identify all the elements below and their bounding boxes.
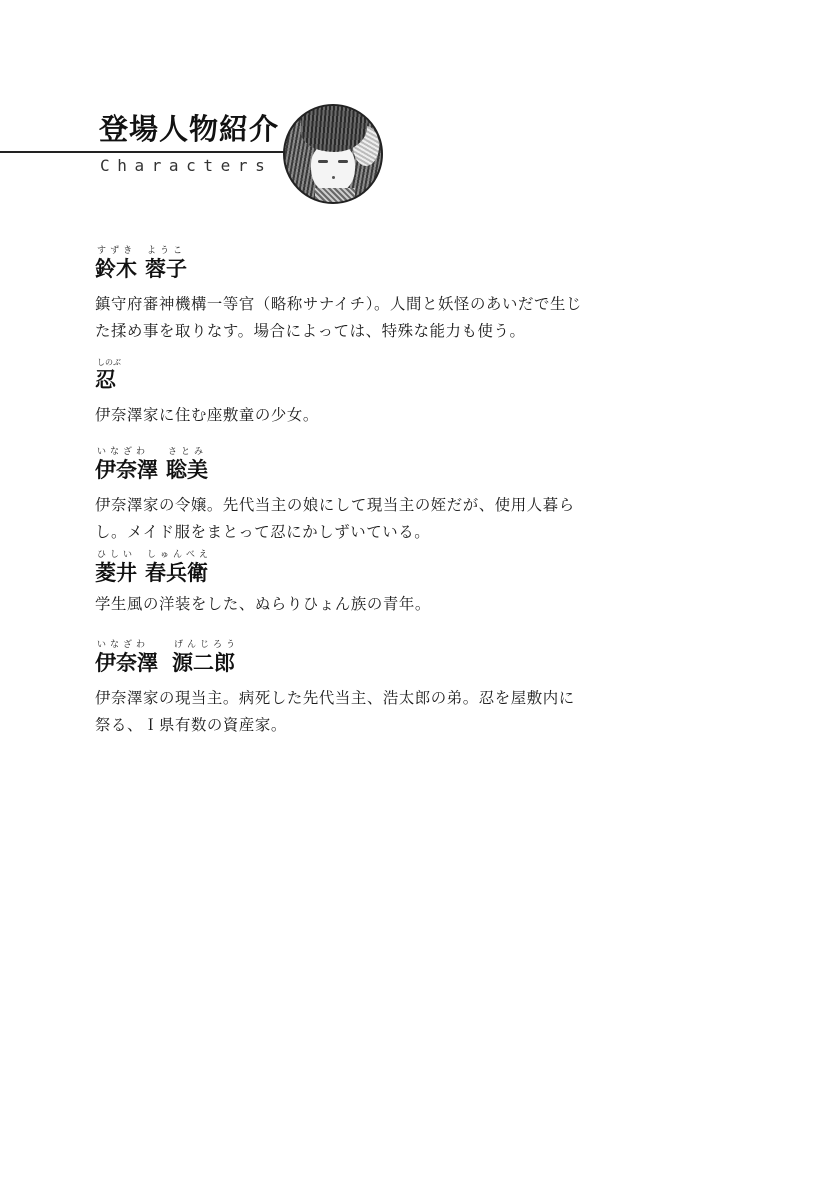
surname: すずき 鈴木 [95, 246, 137, 281]
name-kanji: 聡美 [166, 458, 208, 482]
given-name: ようこ 蓉子 [145, 246, 187, 281]
name-kanji: 伊奈澤 [95, 651, 158, 675]
page-subtitle: Characters [100, 156, 272, 176]
name-kanji: 菱井 [95, 561, 137, 585]
character-portrait-image [283, 104, 383, 204]
given-name: しのぶ 忍 [95, 357, 121, 392]
character-entry-hishii-shunbee: ひしい 菱井 しゅんべえ 春兵衛 学生風の洋装をした、ぬらりひょん族の青年。 [95, 550, 595, 618]
character-entry-shinobu: しのぶ 忍 伊奈澤家に住む座敷童の少女。 [95, 357, 595, 429]
name-kanji: 伊奈澤 [95, 458, 158, 482]
character-description: 伊奈澤家の現当主。病死した先代当主、浩太郎の弟。忍を屋敷内に 祭る、Ｉ県有数の資… [95, 685, 590, 739]
character-entry-inazawa-genjiro: いなざわ 伊奈澤 げんじろう 源二郎 伊奈澤家の現当主。病死した先代当主、浩太郎… [95, 640, 595, 739]
character-description: 伊奈澤家の令嬢。先代当主の娘にして現当主の姪だが、使用人暮ら し。メイド服をまと… [95, 492, 590, 546]
character-description: 鎮守府審神機構一等官（略称サナイチ）。人間と妖怪のあいだで生じ た揉め事を取りな… [95, 291, 590, 345]
page-title: 登場人物紹介 [99, 112, 279, 146]
given-name: しゅんべえ 春兵衛 [145, 550, 212, 585]
portrait-mouth [332, 176, 335, 179]
description-line: た揉め事を取りなす。場合によっては、特殊な能力も使う。 [95, 318, 590, 345]
character-name: ひしい 菱井 しゅんべえ 春兵衛 [95, 550, 595, 585]
description-line: し。メイド服をまとって忍にかしずいている。 [95, 519, 590, 546]
character-name: しのぶ 忍 [95, 357, 595, 392]
name-kanji: 蓉子 [145, 257, 187, 281]
portrait-eye-left [318, 160, 328, 163]
surname: ひしい 菱井 [95, 550, 137, 585]
description-line: 学生風の洋装をした、ぬらりひょん族の青年。 [95, 591, 590, 618]
description-line: 伊奈澤家に住む座敷童の少女。 [95, 402, 590, 429]
name-kanji: 春兵衛 [145, 561, 208, 585]
portrait-collar [315, 188, 355, 204]
name-kanji: 鈴木 [95, 257, 137, 281]
description-line: 祭る、Ｉ県有数の資産家。 [95, 712, 590, 739]
description-line: 鎮守府審神機構一等官（略称サナイチ）。人間と妖怪のあいだで生じ [95, 291, 590, 318]
portrait-eye-right [338, 160, 348, 163]
character-entry-inazawa-satomi: いなざわ 伊奈澤 さとみ 聡美 伊奈澤家の令嬢。先代当主の娘にして現当主の姪だが… [95, 447, 595, 546]
character-name: いなざわ 伊奈澤 げんじろう 源二郎 [95, 640, 595, 675]
title-divider [0, 151, 288, 153]
surname: いなざわ 伊奈澤 [95, 640, 158, 675]
surname: いなざわ 伊奈澤 [95, 447, 158, 482]
character-name: すずき 鈴木 ようこ 蓉子 [95, 246, 595, 281]
character-description: 学生風の洋装をした、ぬらりひょん族の青年。 [95, 591, 590, 618]
character-name: いなざわ 伊奈澤 さとみ 聡美 [95, 447, 595, 482]
description-line: 伊奈澤家の令嬢。先代当主の娘にして現当主の姪だが、使用人暮ら [95, 492, 590, 519]
character-entry-suzuki-yoko: すずき 鈴木 ようこ 蓉子 鎮守府審神機構一等官（略称サナイチ）。人間と妖怪のあ… [95, 246, 595, 345]
name-kanji: 忍 [95, 368, 116, 392]
name-kanji: 源二郎 [172, 651, 235, 675]
character-description: 伊奈澤家に住む座敷童の少女。 [95, 402, 590, 429]
given-name: さとみ 聡美 [166, 447, 208, 482]
given-name: げんじろう 源二郎 [172, 640, 239, 675]
description-line: 伊奈澤家の現当主。病死した先代当主、浩太郎の弟。忍を屋敷内に [95, 685, 590, 712]
book-page: 登場人物紹介 Characters すずき 鈴木 ようこ 蓉子 鎮守府審神機構一… [0, 0, 814, 1200]
